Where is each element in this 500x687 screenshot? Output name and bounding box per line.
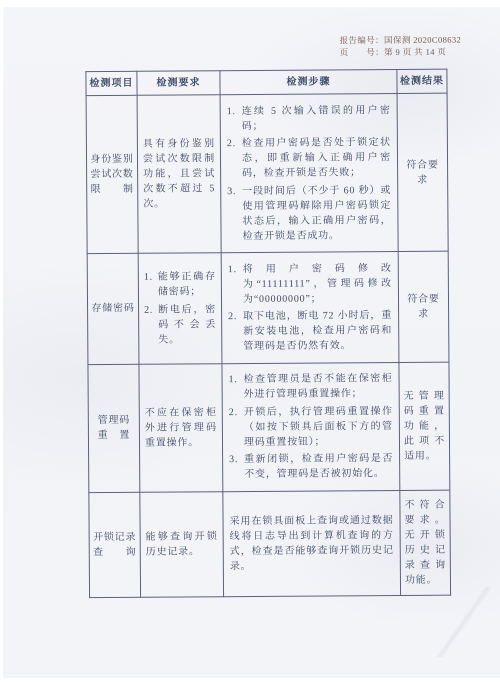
test-item-line: 重 置 xyxy=(92,428,136,443)
step-number: 1. xyxy=(228,262,243,307)
step-number: 2. xyxy=(229,405,244,450)
numbered-step: 1.连续 5 次输入错误的用户密码； xyxy=(227,103,391,134)
step-number: 1. xyxy=(227,104,242,134)
cell-text: 采用在锁具面板上查询或通过数据线将日志导出到计算机查询的方式，检查是否能够查询开… xyxy=(229,513,393,574)
step-text: 检查用户密码是否处于锁定状态，即重新输入正确用户密码，检查开锁是否失败； xyxy=(242,135,391,181)
column-header: 检测步骤 xyxy=(220,69,397,94)
step-text: 重新闭锁，检查用户密码是否不变，管理码是否被初始化。 xyxy=(244,451,393,482)
report-number: 报告编号：国保测 2020C08632 xyxy=(339,35,461,47)
numbered-step: 1.检查管理员是否不能在保密柜外进行管理码重置操作； xyxy=(229,371,393,402)
table-body: 身份鉴别尝试次数限 制具有身份鉴别尝试次数限制功能，且尝试次数不超过 5 次。1… xyxy=(86,93,450,597)
page-number: 页 号：第 9 页 共 14 页 xyxy=(340,46,462,58)
table-row: 管理码重 置不应在保密柜外进行管理码重置操作。1.检查管理员是否不能在保密柜外进… xyxy=(88,362,450,493)
step-number: 3. xyxy=(229,452,244,482)
column-header: 检测项目 xyxy=(86,71,137,95)
step-number: 2. xyxy=(228,309,243,354)
table-row: 身份鉴别尝试次数限 制具有身份鉴别尝试次数限制功能，且尝试次数不超过 5 次。1… xyxy=(86,93,448,254)
step-text: 连续 5 次输入错误的用户密码； xyxy=(242,103,391,134)
test-item-line: 尝试次数 xyxy=(90,167,134,182)
requirement-cell: 具有身份鉴别尝试次数限制功能，且尝试次数不超过 5 次。 xyxy=(137,95,221,254)
numbered-step: 2.检查用户密码是否处于锁定状态，即重新输入正确用户密码，检查开锁是否失败； xyxy=(227,135,391,181)
step-text: 检查管理员是否不能在保密柜外进行管理码重置操作； xyxy=(244,371,393,402)
steps-cell: 1.连续 5 次输入错误的用户密码；2.检查用户密码是否处于锁定状态，即重新输入… xyxy=(220,93,398,252)
numbered-step: 1.将用户密码修改为“11111111”，管理码修改为“00000000”； xyxy=(228,261,392,307)
step-number: 1. xyxy=(229,372,244,402)
step-number: 1. xyxy=(144,270,158,300)
test-item-line: 开锁记录 xyxy=(93,529,137,544)
test-item-cell: 存储密码 xyxy=(87,253,139,364)
step-number: 3. xyxy=(227,184,242,244)
result-cell: 无管理码重置功能，此项不适用。 xyxy=(399,362,450,490)
column-header: 检测要求 xyxy=(137,71,220,96)
test-report-table: 检测项目检测要求检测步骤检测结果 身份鉴别尝试次数限 制具有身份鉴别尝试次数限制… xyxy=(85,69,451,598)
numbered-step: 2.开锁后，执行管理码重置操作（如按下锁具后面板下方的管理码重置按钮）； xyxy=(229,404,393,450)
step-text: 一段时间后（不少于 60 秒）或使用管理码解除用户密码锁定状态后，输入正确用户密… xyxy=(242,183,391,244)
cell-text: 能够查询开锁历史记录。 xyxy=(146,529,218,560)
numbered-step: 1.能够正确存储密码； xyxy=(144,269,216,300)
step-text: 断电后，密码不会丢失。 xyxy=(158,302,216,347)
step-number: 2. xyxy=(144,302,158,347)
test-item-line: 管理码 xyxy=(92,413,136,428)
cell-text: 具有身份鉴别尝试次数限制功能，且尝试次数不超过 5 次。 xyxy=(143,136,216,212)
scan-content: 报告编号：国保测 2020C08632 页 号：第 9 页 共 14 页 检测项… xyxy=(0,0,500,687)
step-text: 将用户密码修改为“11111111”，管理码修改为“00000000”； xyxy=(243,261,392,307)
requirement-cell: 能够查询开锁历史记录。 xyxy=(140,491,224,597)
test-item-line: 存储密码 xyxy=(91,301,135,316)
table-header-row: 检测项目检测要求检测步骤检测结果 xyxy=(86,69,447,96)
numbered-step: 2.取下电池，断电 72 小时后，重新安装电池，检查用户密码和管理码是否仍然有效… xyxy=(228,308,392,354)
result-cell: 符合要求 xyxy=(397,93,448,251)
test-item-cell: 开锁记录查 询 xyxy=(89,492,141,597)
step-text: 开锁后，执行管理码重置操作（如按下锁具后面板下方的管理码重置按钮）； xyxy=(244,404,393,450)
table-row: 存储密码1.能够正确存储密码；2.断电后，密码不会丢失。1.将用户密码修改为“1… xyxy=(87,251,449,364)
table-row: 开锁记录查 询能够查询开锁历史记录。采用在锁具面板上查询或通过数据线将日志导出到… xyxy=(89,490,451,598)
numbered-step: 3.重新闭锁，检查用户密码是否不变，管理码是否被初始化。 xyxy=(229,451,393,482)
requirement-cell: 不应在保密柜外进行管理码重置操作。 xyxy=(139,363,223,492)
test-item-cell: 管理码重 置 xyxy=(88,364,140,492)
cell-text: 不应在保密柜外进行管理码重置操作。 xyxy=(145,405,217,451)
steps-cell: 1.检查管理员是否不能在保密柜外进行管理码重置操作；2.开锁后，执行管理码重置操… xyxy=(222,362,400,491)
result-cell: 不符合要求。无开锁历史记录查询功能。 xyxy=(400,490,451,595)
result-cell: 符合要求 xyxy=(398,251,449,362)
steps-cell: 1.将用户密码修改为“11111111”，管理码修改为“00000000”；2.… xyxy=(221,251,399,363)
requirement-cell: 1.能够正确存储密码；2.断电后，密码不会丢失。 xyxy=(138,253,222,364)
column-header: 检测结果 xyxy=(397,69,447,93)
step-text: 能够正确存储密码； xyxy=(158,269,216,299)
scanned-page: 报告编号：国保测 2020C08632 页 号：第 9 页 共 14 页 检测项… xyxy=(0,0,500,687)
step-text: 取下电池，断电 72 小时后，重新安装电池，检查用户密码和管理码是否仍然有效。 xyxy=(243,308,392,354)
steps-cell: 采用在锁具面板上查询或通过数据线将日志导出到计算机查询的方式，检查是否能够查询开… xyxy=(223,490,401,596)
test-item-line: 查 询 xyxy=(93,544,137,559)
test-item-cell: 身份鉴别尝试次数限 制 xyxy=(86,95,138,253)
test-item-line: 限 制 xyxy=(90,182,134,197)
numbered-step: 3.一段时间后（不少于 60 秒）或使用管理码解除用户密码锁定状态后，输入正确用… xyxy=(227,183,391,244)
numbered-step: 2.断电后，密码不会丢失。 xyxy=(144,302,216,348)
report-header: 报告编号：国保测 2020C08632 页 号：第 9 页 共 14 页 xyxy=(339,35,461,59)
step-number: 2. xyxy=(227,136,242,181)
test-item-line: 身份鉴别 xyxy=(90,152,134,167)
